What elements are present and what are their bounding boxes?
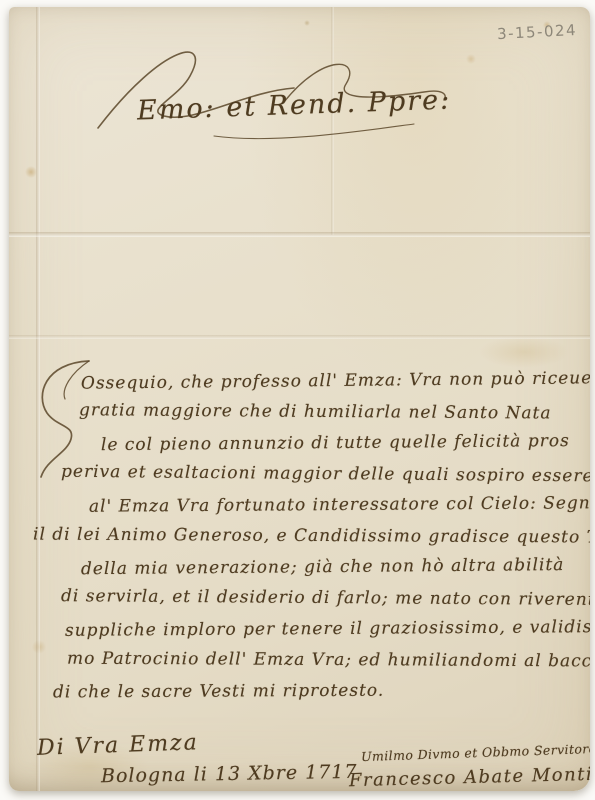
body-line: gratia maggiore che di humiliarla nel Sa… [79,400,590,435]
fold-crease-horizontal-lower [9,335,590,339]
archival-number: 3-15-024 [497,21,578,43]
scan-background: 3-15-024 Emo: et Rend. Ppre: Ossequio, c… [0,0,595,800]
letter-paper: 3-15-024 Emo: et Rend. Ppre: Ossequio, c… [9,7,590,791]
fold-crease-horizontal-upper [9,232,590,237]
body-line: periva et esaltacioni maggior delle qual… [61,462,590,498]
body-line: al' Emza Vra fortunato interessatore col… [89,493,590,527]
body-line: suppliche imploro per tenere il graziosi… [65,617,590,652]
body-line: di che le sacre Vesti mi riprotesto. [53,680,590,714]
closing-valediction: Umilmo Divmo et Obbmo Servitore [361,741,590,764]
body-line: il di lei Animo Generoso, e Candidissimo… [33,525,590,559]
signature: Francesco Abate Monti [349,764,590,791]
closing-place-date: Bologna li 13 Xbre 1717 [101,761,358,787]
body-line: della mia venerazione; già che non hò al… [81,555,590,590]
body-line: di servirla, et il desiderio di farlo; m… [61,586,590,621]
letter-body: Ossequio, che professo all' Emza: Vra no… [9,371,590,712]
closing-honorific: Di Vra Emza [37,730,200,761]
body-line: Ossequio, che professo all' Emza: Vra no… [81,368,590,404]
body-line: le col pieno annunzio di tutte quelle fe… [101,431,590,466]
body-line: mo Patrocinio dell' Emza Vra; ed humilia… [67,649,590,683]
salutation-block: Emo: et Rend. Ppre: [109,62,439,142]
